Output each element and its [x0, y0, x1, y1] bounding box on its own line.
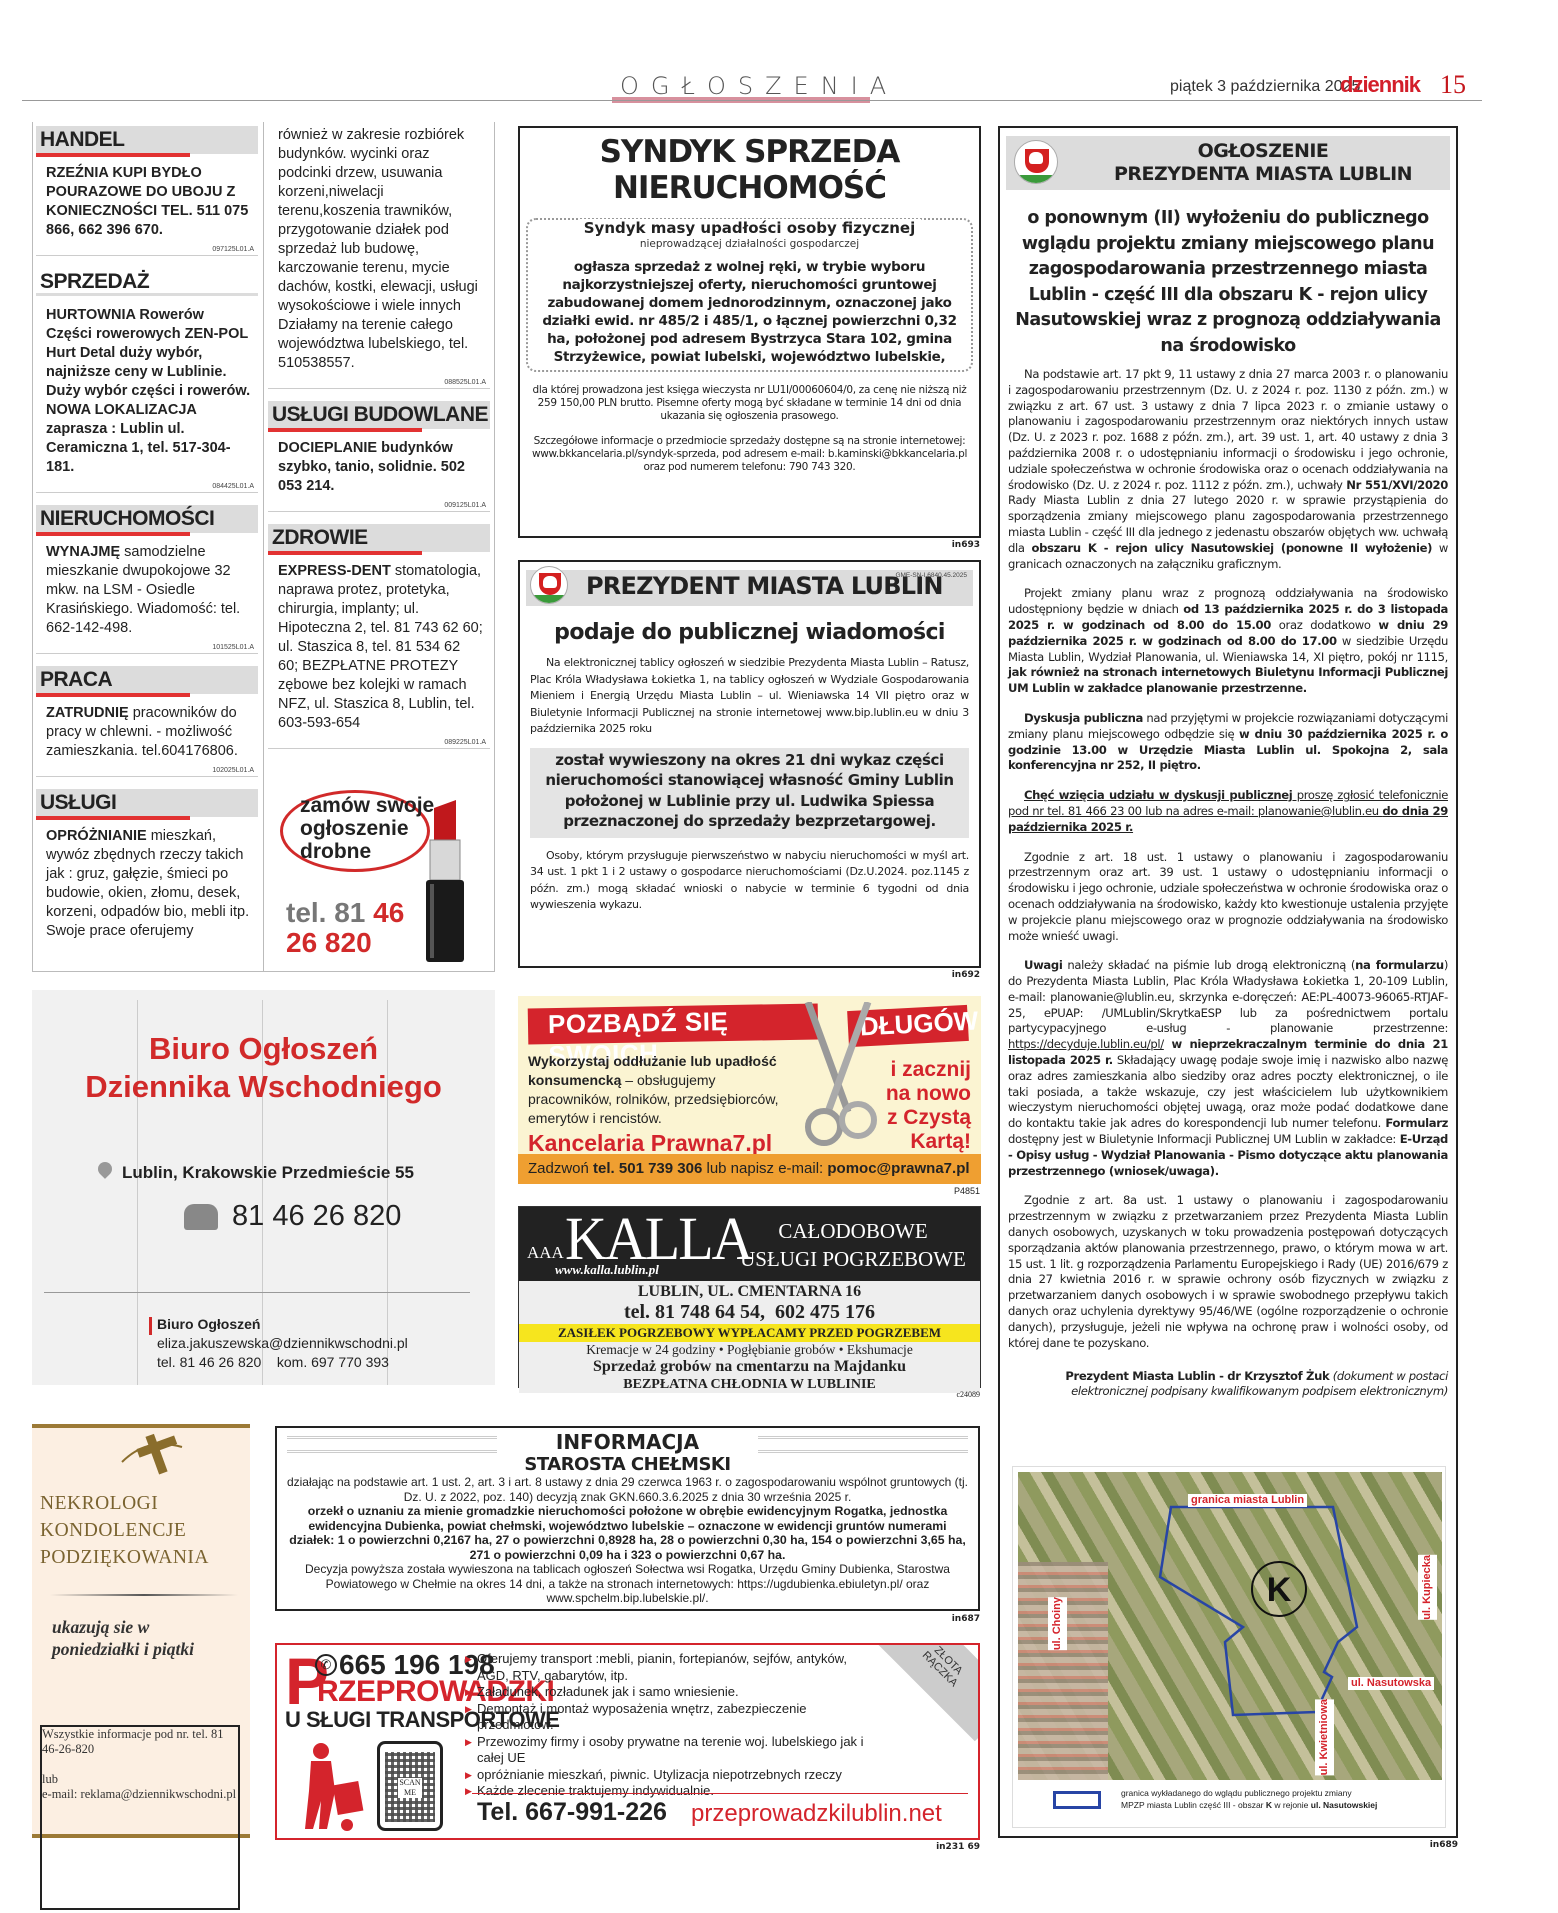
- ogloszenie-paragraph-7: Zgodnie z art. 8a ust. 1 ustawy o planow…: [1008, 1193, 1448, 1351]
- discussion-label: Dyskusja publiczna: [1024, 711, 1143, 725]
- syndyk-ad: SYNDYK SPRZEDANIERUCHOMOŚĆ Syndyk masy u…: [518, 126, 981, 538]
- legend-line1: granica wykładanego do wglądu publiczneg…: [1121, 1787, 1377, 1799]
- prezydent-highlight: został wywieszony na okres 21 dni wykaz …: [530, 748, 969, 838]
- resolution-number: Nr 551/XVI/2020: [1346, 478, 1448, 492]
- kalla-prefix: AAA: [527, 1243, 564, 1263]
- area-boundary: [1018, 1472, 1442, 1780]
- category-label: SPRZEDAŻ: [40, 270, 149, 294]
- ad-separator: [36, 255, 258, 256]
- ad-separator: [36, 492, 258, 493]
- ogloszenie-paragraph-4: Chęć wzięcia udziału w dyskusji publiczn…: [1008, 788, 1448, 835]
- category-header: SPRZEDAŻ: [36, 268, 258, 296]
- biuro-title: Biuro OgłoszeńDziennika Wschodniego: [32, 1030, 495, 1106]
- ad-text: OPRÓŻNIANIE mieszkań, wywóz zbędnych rze…: [36, 827, 258, 941]
- category-header: USŁUGI BUDOWLANE: [268, 401, 490, 429]
- nekrologi-title: NEKROLOGI KONDOLENCJE PODZIĘKOWANIA: [40, 1490, 240, 1571]
- classified-nieruchomosci: NIERUCHOMOŚCI WYNAJMĘ samodzielne mieszk…: [36, 505, 258, 654]
- ogloszenie-title-line1: OGŁOSZENIE: [1198, 140, 1329, 162]
- page-number: 15: [1440, 70, 1466, 100]
- biuro-ogloszen-ad: Biuro OgłoszeńDziennika Wschodniego Lubl…: [32, 990, 495, 1385]
- ad-code: 102025L01.A: [36, 767, 258, 774]
- text: w rejonie: [1272, 1800, 1311, 1810]
- category-label: PRACA: [40, 668, 112, 692]
- informacja-paragraph-2: Decyzja powyższa została wywieszona na t…: [277, 1562, 978, 1606]
- ad-text: również w zakresie rozbiórek budynków. w…: [268, 126, 490, 373]
- ad-text: HURTOWNIA Rowerów Części rowerowych ZEN-…: [36, 306, 258, 477]
- decyduje-link[interactable]: https://decyduje.lublin.eu/pl/: [1008, 1037, 1164, 1051]
- kalla-graves-line: Sprzedaż grobów na cmentarzu na Majdanku: [519, 1358, 980, 1376]
- category-header: ZDROWIE: [268, 524, 490, 552]
- area-name: obszaru K - rejon ulicy Nasutowskiej (po…: [1031, 541, 1432, 555]
- syndyk-subtitle-2: nieprowadzącej działalności gospodarczej: [532, 238, 967, 250]
- ogloszenie-paragraph-3: Dyskusja publiczna nad przyjętymi w proj…: [1008, 711, 1448, 774]
- informacja-notice: INFORMACJA STAROSTA CHEŁMSKI działając n…: [275, 1426, 980, 1611]
- informacja-paragraph-1: działając na podstawie art. 1 ust. 2, ar…: [277, 1475, 978, 1504]
- biuro-address: Lublin, Krakowskie Przedmieście 55: [122, 1163, 414, 1183]
- ogloszenie-title-line2: PREZYDENTA MIASTA LUBLIN: [1114, 163, 1412, 185]
- category-label: ZDROWIE: [272, 526, 368, 550]
- text: MPZP miasta Lublin część III - obszar: [1121, 1800, 1266, 1810]
- order-classified-promo[interactable]: zamów swoje ogłoszenie drobne tel. 81 46…: [270, 790, 490, 965]
- map-label-nasutowska: ul. Nasutowska: [1348, 1677, 1434, 1690]
- nekrologi-phone: Wszystkie informacje pod nr. tel. 81 46-…: [42, 1727, 238, 1757]
- map-label-city-border: granica miasta Lublin: [1188, 1494, 1307, 1507]
- section-title: OGŁOSZENIA: [620, 72, 898, 100]
- service-item: opróżnianie mieszkań, piwnic. Utylizacja…: [465, 1767, 865, 1784]
- lublin-crest-icon: [530, 566, 568, 604]
- kalla-services: CAŁODOBOWE USŁUGI POGRZEBOWE: [738, 1217, 968, 1273]
- promo-phone-prefix: tel. 81: [286, 897, 373, 928]
- area-k-marker: K: [1251, 1561, 1307, 1617]
- ad-separator: [36, 776, 258, 777]
- category-header: PRACA: [36, 666, 258, 694]
- prezydent-title: PREZYDENT MIASTA LUBLIN: [586, 572, 943, 600]
- remarks-label: Uwagi: [1024, 958, 1062, 972]
- prezydent-paragraph-1: Na elektronicznej tablicy ogłoszeń w sie…: [530, 655, 969, 738]
- classified-uslugi-budowlane: USŁUGI BUDOWLANE DOCIEPLANIE budynków sz…: [268, 401, 490, 512]
- text: Na podstawie art. 17 pkt 9, 11 ustawy z …: [1008, 367, 1448, 492]
- qr-code[interactable]: SCAN ME: [377, 1741, 443, 1831]
- category-label: USŁUGI: [40, 791, 116, 815]
- kalla-url[interactable]: www.kalla.lublin.pl: [555, 1262, 659, 1278]
- classified-uslugi-continued: również w zakresie rozbiórek budynków. w…: [268, 126, 490, 389]
- ogloszenie-title: OGŁOSZENIEPREZYDENTA MIASTA LUBLIN: [1076, 140, 1450, 186]
- category-underline: [268, 551, 422, 555]
- syndyk-title-line1: SYNDYK SPRZEDA: [600, 134, 900, 170]
- ad-text: EXPRESS-DENT stomatologia, naprawa prote…: [268, 562, 490, 733]
- participation-label: Chęć wzięcia udziału w dyskusji publiczn…: [1024, 788, 1292, 802]
- lipstick-icon: [420, 800, 470, 965]
- newspaper-logo[interactable]: dziennik: [1340, 72, 1420, 98]
- prezydent-paragraph-2: Osoby, którym przysługuje pierwszeństwo …: [530, 848, 969, 914]
- kalla-services-line: Kremacje w 24 godziny • Pogłębianie grob…: [519, 1342, 980, 1358]
- mover-with-handcart-icon: [291, 1741, 371, 1833]
- ad-code: c24089: [930, 1390, 980, 1399]
- biuro-contact: Biuro Ogłoszeń eliza.jakuszewska@dzienni…: [157, 1315, 408, 1372]
- biuro-contact-title: Biuro Ogłoszeń: [157, 1316, 260, 1332]
- promo-text: zamów swoje ogłoszenie drobne: [300, 794, 440, 863]
- legend-line2: MPZP miasta Lublin część III - obszar K …: [1121, 1799, 1377, 1811]
- ad-text: ZATRUDNIĘ pracowników do pracy w chlewni…: [36, 704, 258, 761]
- text: dostępny jest w Biuletynie Informacji Pu…: [1008, 1132, 1400, 1146]
- signatory: Prezydent Miasta Lublin - dr Krzysztof Ż…: [1065, 1369, 1329, 1383]
- ad-separator: [36, 653, 258, 654]
- kancelaria-banner: POZBĄDŹ SIĘ SWOICH: [528, 1003, 819, 1044]
- ad-lead: OPRÓŻNIANIE: [46, 828, 147, 844]
- kancelaria-phone[interactable]: tel. 501 739 306: [593, 1160, 702, 1177]
- contact-mid: lub napisz e-mail:: [702, 1160, 827, 1177]
- classified-praca: PRACA ZATRUDNIĘ pracowników do pracy w c…: [36, 666, 258, 777]
- classified-sprzedaz: SPRZEDAŻ HURTOWNIA Rowerów Części rowero…: [36, 268, 258, 493]
- syndyk-main-text: ogłasza sprzedaż z wolnej ręki, w trybie…: [532, 258, 967, 366]
- prezydent-notice: PREZYDENT MIASTA LUBLIN GME-SN-I.6840.45…: [518, 560, 981, 968]
- syndyk-paragraph-1: dla której prowadzona jest księga wieczy…: [526, 384, 973, 423]
- syndyk-subtitle: Syndyk masy upadłości osoby fizycznej: [578, 219, 922, 237]
- nekrologi-info: Wszystkie informacje pod nr. tel. 81 46-…: [40, 1725, 240, 1910]
- ad-code: in692: [930, 970, 980, 980]
- ad-code: 009125L01.A: [268, 502, 490, 509]
- syndyk-title: SYNDYK SPRZEDANIERUCHOMOŚĆ: [520, 134, 979, 206]
- ad-code: 084425L01.A: [36, 483, 258, 490]
- signature: Prezydent Miasta Lublin - dr Krzysztof Ż…: [1008, 1369, 1448, 1399]
- text: należy składać na piśmie lub drogą elekt…: [1062, 958, 1355, 972]
- ad-code: 089225L01.A: [268, 739, 490, 746]
- map-label-kwietniowa: ul. Kwietniowa: [1315, 1699, 1334, 1775]
- ad-body: stomatologia, naprawa protez, protetyka,…: [278, 563, 483, 731]
- form-label: na formularzu: [1355, 958, 1444, 972]
- nekrologi-rule: [50, 1594, 238, 1596]
- syndyk-dotted-box: Syndyk masy upadłości osoby fizycznej ni…: [526, 218, 973, 372]
- promo-phone-part: 26 820: [286, 927, 372, 958]
- przeprowadzki-rule: [472, 1793, 968, 1794]
- ad-separator: [268, 748, 490, 749]
- category-header: USŁUGI: [36, 789, 258, 817]
- text: oraz dodatkowo: [1271, 618, 1378, 632]
- kalla-address: LUBLIN, UL. CMENTARNA 16: [519, 1281, 980, 1301]
- text: ul. Nasutowskiej: [1311, 1800, 1378, 1810]
- bip-info: jak również na stronach internetowych Bi…: [1008, 665, 1448, 695]
- ad-separator: [268, 511, 490, 512]
- promo-phone-part: 46: [373, 897, 404, 928]
- qr-label: SCAN ME: [398, 1778, 422, 1798]
- ad-text: RZEŹNIA KUPI BYDŁO POURAZOWE DO UBOJU Z …: [36, 164, 258, 240]
- classifieds-column-1: HANDEL RZEŹNIA KUPI BYDŁO POURAZOWE DO U…: [36, 126, 258, 941]
- ogloszenie-prezydenta: OGŁOSZENIEPREZYDENTA MIASTA LUBLIN o pon…: [998, 126, 1458, 1838]
- kancelaria-body: Wykorzystaj oddłużanie lub upadłość kons…: [528, 1052, 793, 1128]
- biuro-title-line1: Biuro Ogłoszeń: [149, 1031, 378, 1066]
- category-underline: [36, 693, 190, 697]
- category-underline: [36, 816, 190, 820]
- cross-icon: [107, 1432, 187, 1482]
- category-label: HANDEL: [40, 128, 125, 152]
- nekrologi-schedule: ukazują sie w poniedziałki i piątki: [52, 1616, 237, 1660]
- category-underline: [36, 153, 190, 157]
- kancelaria-contact-bar: Zadzwoń tel. 501 739 306 lub napisz e-ma…: [518, 1154, 981, 1184]
- syndyk-paragraph-2: Szczegółowe informacje o przedmiocie spr…: [526, 435, 973, 474]
- biuro-email[interactable]: eliza.jakuszewska@dziennikwschodni.pl: [157, 1335, 408, 1351]
- ad-lead: ZATRUDNIĘ: [46, 705, 129, 721]
- biuro-rule: [44, 1292, 470, 1293]
- classified-uslugi: USŁUGI OPRÓŻNIANIE mieszkań, wywóz zbędn…: [36, 789, 258, 941]
- legend-swatch: [1053, 1791, 1101, 1809]
- kancelaria-email[interactable]: pomoc@prawna7.pl: [827, 1160, 969, 1177]
- kalla-funeral-ad: AAA KALLA www.kalla.lublin.pl CAŁODOBOWE…: [518, 1206, 981, 1388]
- informacja-bold: orzekł o uznaniu za mienie gromadzkie ni…: [277, 1504, 978, 1562]
- kancelaria-ad: POZBĄDŹ SIĘ SWOICH DŁUGÓW Wykorzystaj od…: [518, 996, 981, 1184]
- biuro-phone[interactable]: 81 46 26 820: [232, 1200, 401, 1233]
- ad-lead: EXPRESS-DENT: [278, 563, 391, 579]
- kancelaria-side-text: i zacznij na nowo z Czystą Kartą!: [871, 1058, 971, 1154]
- syndyk-title-line2: NIERUCHOMOŚĆ: [613, 170, 886, 206]
- prezydent-subtitle: podaje do publicznej wiadomości: [520, 620, 979, 645]
- phone-icon: ✆: [315, 1654, 337, 1676]
- ogloszenie-paragraph-6: Uwagi należy składać na piśmie lub drogą…: [1008, 958, 1448, 1179]
- category-label: NIERUCHOMOŚCI: [40, 507, 214, 531]
- promo-phone: tel. 81 46 26 820: [286, 898, 404, 958]
- kalla-phone: tel. 81 748 64 54, 602 475 176: [519, 1301, 980, 1324]
- classified-handel: HANDEL RZEŹNIA KUPI BYDŁO POURAZOWE DO U…: [36, 126, 258, 256]
- service-item: Przewozimy firmy i osoby prywatne na ter…: [465, 1734, 865, 1767]
- classifieds-divider: [263, 122, 264, 972]
- category-header: NIERUCHOMOŚCI: [36, 505, 258, 533]
- biuro-title-line2: Dziennika Wschodniego: [85, 1069, 442, 1104]
- przeprowadzki-tel[interactable]: Tel. 667-991-226: [477, 1798, 667, 1827]
- map-label-kupiecka: ul. Kupiecka: [1418, 1555, 1437, 1620]
- classified-zdrowie: ZDROWIE EXPRESS-DENT stomatologia, napra…: [268, 524, 490, 749]
- lublin-crest-icon: [1014, 140, 1058, 184]
- form-word: Formularz: [1385, 1116, 1448, 1130]
- ad-code: 088525L01.A: [268, 379, 490, 386]
- ogloszenie-paragraph-1: Na podstawie art. 17 pkt 9, 11 ustawy z …: [1008, 367, 1448, 572]
- nekrologi-or: lub: [42, 1772, 238, 1787]
- kalla-header: AAA KALLA www.kalla.lublin.pl CAŁODOBOWE…: [519, 1207, 980, 1281]
- ogloszenie-title-band: OGŁOSZENIEPREZYDENTA MIASTA LUBLIN: [1006, 136, 1450, 190]
- classifieds-column-2: również w zakresie rozbiórek budynków. w…: [268, 126, 490, 761]
- ad-code: P4851: [930, 1186, 980, 1196]
- service-item: Załadunek, rozładunek jak i samo wniesie…: [465, 1684, 865, 1701]
- ogloszenie-paragraph-5: Zgodnie z art. 18 ust. 1 ustawy o planow…: [1008, 850, 1448, 945]
- ad-text: WYNAJMĘ samodzielne mieszkanie dwupokojo…: [36, 543, 258, 638]
- ad-code: in687: [930, 1614, 980, 1624]
- informacja-title: INFORMACJA: [277, 1430, 978, 1454]
- przeprowadzki-ad: ZŁOTA RĄCZKA P ✆ 665 196 198 RZEPROWADZK…: [275, 1643, 980, 1840]
- kalla-cold-storage-line: BEZPŁATNA CHŁODNIA W LUBLINIE: [519, 1376, 980, 1393]
- biuro-tel-line: tel. 81 46 26 820 kom. 697 770 393: [157, 1354, 389, 1370]
- service-item: Demontaż i montaż wyposażenia wnętrz, za…: [465, 1701, 865, 1734]
- telephone-icon: [184, 1204, 218, 1230]
- ad-code: 097125L01.A: [36, 246, 258, 253]
- biuro-red-bar: [149, 1317, 152, 1335]
- ad-separator: [268, 388, 490, 389]
- prezydent-title-band: PREZYDENT MIASTA LUBLIN GME-SN-I.6840.45…: [526, 570, 973, 606]
- kancelaria-brand[interactable]: Kancelaria Prawna7.pl: [528, 1130, 772, 1157]
- ad-code: 101525L01.A: [36, 644, 258, 651]
- category-header: HANDEL: [36, 126, 258, 154]
- ogloszenie-lead: o ponownym (II) wyłożeniu do publicznego…: [1000, 206, 1456, 359]
- category-underline: [36, 532, 190, 536]
- przeprowadzki-url[interactable]: przeprowadzkilublin.net: [691, 1800, 942, 1828]
- ad-body: mieszkań, wywóz zbędnych rzeczy takich j…: [46, 828, 249, 939]
- ad-lead: WYNAJMĘ: [46, 544, 120, 560]
- ad-code: in689: [1408, 1840, 1458, 1850]
- area-k-map: granica miasta Lublin ul. Choiny ul. Kup…: [1012, 1466, 1446, 1828]
- ad-code: in231 69: [900, 1842, 980, 1852]
- kalla-highlight: ZASIŁEK POGRZEBOWY WYPŁACAMY PRZED POGRZ…: [519, 1324, 980, 1342]
- nekrologi-email[interactable]: e-mail: reklama@dziennikwschodni.pl: [42, 1787, 238, 1802]
- ad-code: in693: [930, 540, 980, 550]
- service-item: Oferujemy transport :mebli, pianin, fort…: [465, 1651, 865, 1684]
- contact-pre: Zadzwoń: [528, 1160, 593, 1177]
- services-list: Oferujemy transport :mebli, pianin, fort…: [465, 1651, 865, 1800]
- header-rule: [22, 100, 1482, 101]
- category-underline: [268, 428, 422, 432]
- map-legend: granica wykładanego do wglądu publiczneg…: [1121, 1787, 1377, 1811]
- ad-text: DOCIEPLANIE budynków szybko, tanio, soli…: [268, 439, 490, 496]
- issue-date: piątek 3 października 2025: [1170, 78, 1360, 96]
- reference-number: GME-SN-I.6840.45.2025: [895, 572, 967, 579]
- ogloszenie-paragraph-2: Projekt zmiany planu wraz z prognozą odd…: [1008, 586, 1448, 697]
- nekrologi-box: NEKROLOGI KONDOLENCJE PODZIĘKOWANIA ukaz…: [32, 1424, 250, 1838]
- category-label: USŁUGI BUDOWLANE: [272, 403, 488, 427]
- informacja-subtitle: STAROSTA CHEŁMSKI: [277, 1454, 978, 1475]
- map-label-choiny: ul. Choiny: [1048, 1597, 1067, 1650]
